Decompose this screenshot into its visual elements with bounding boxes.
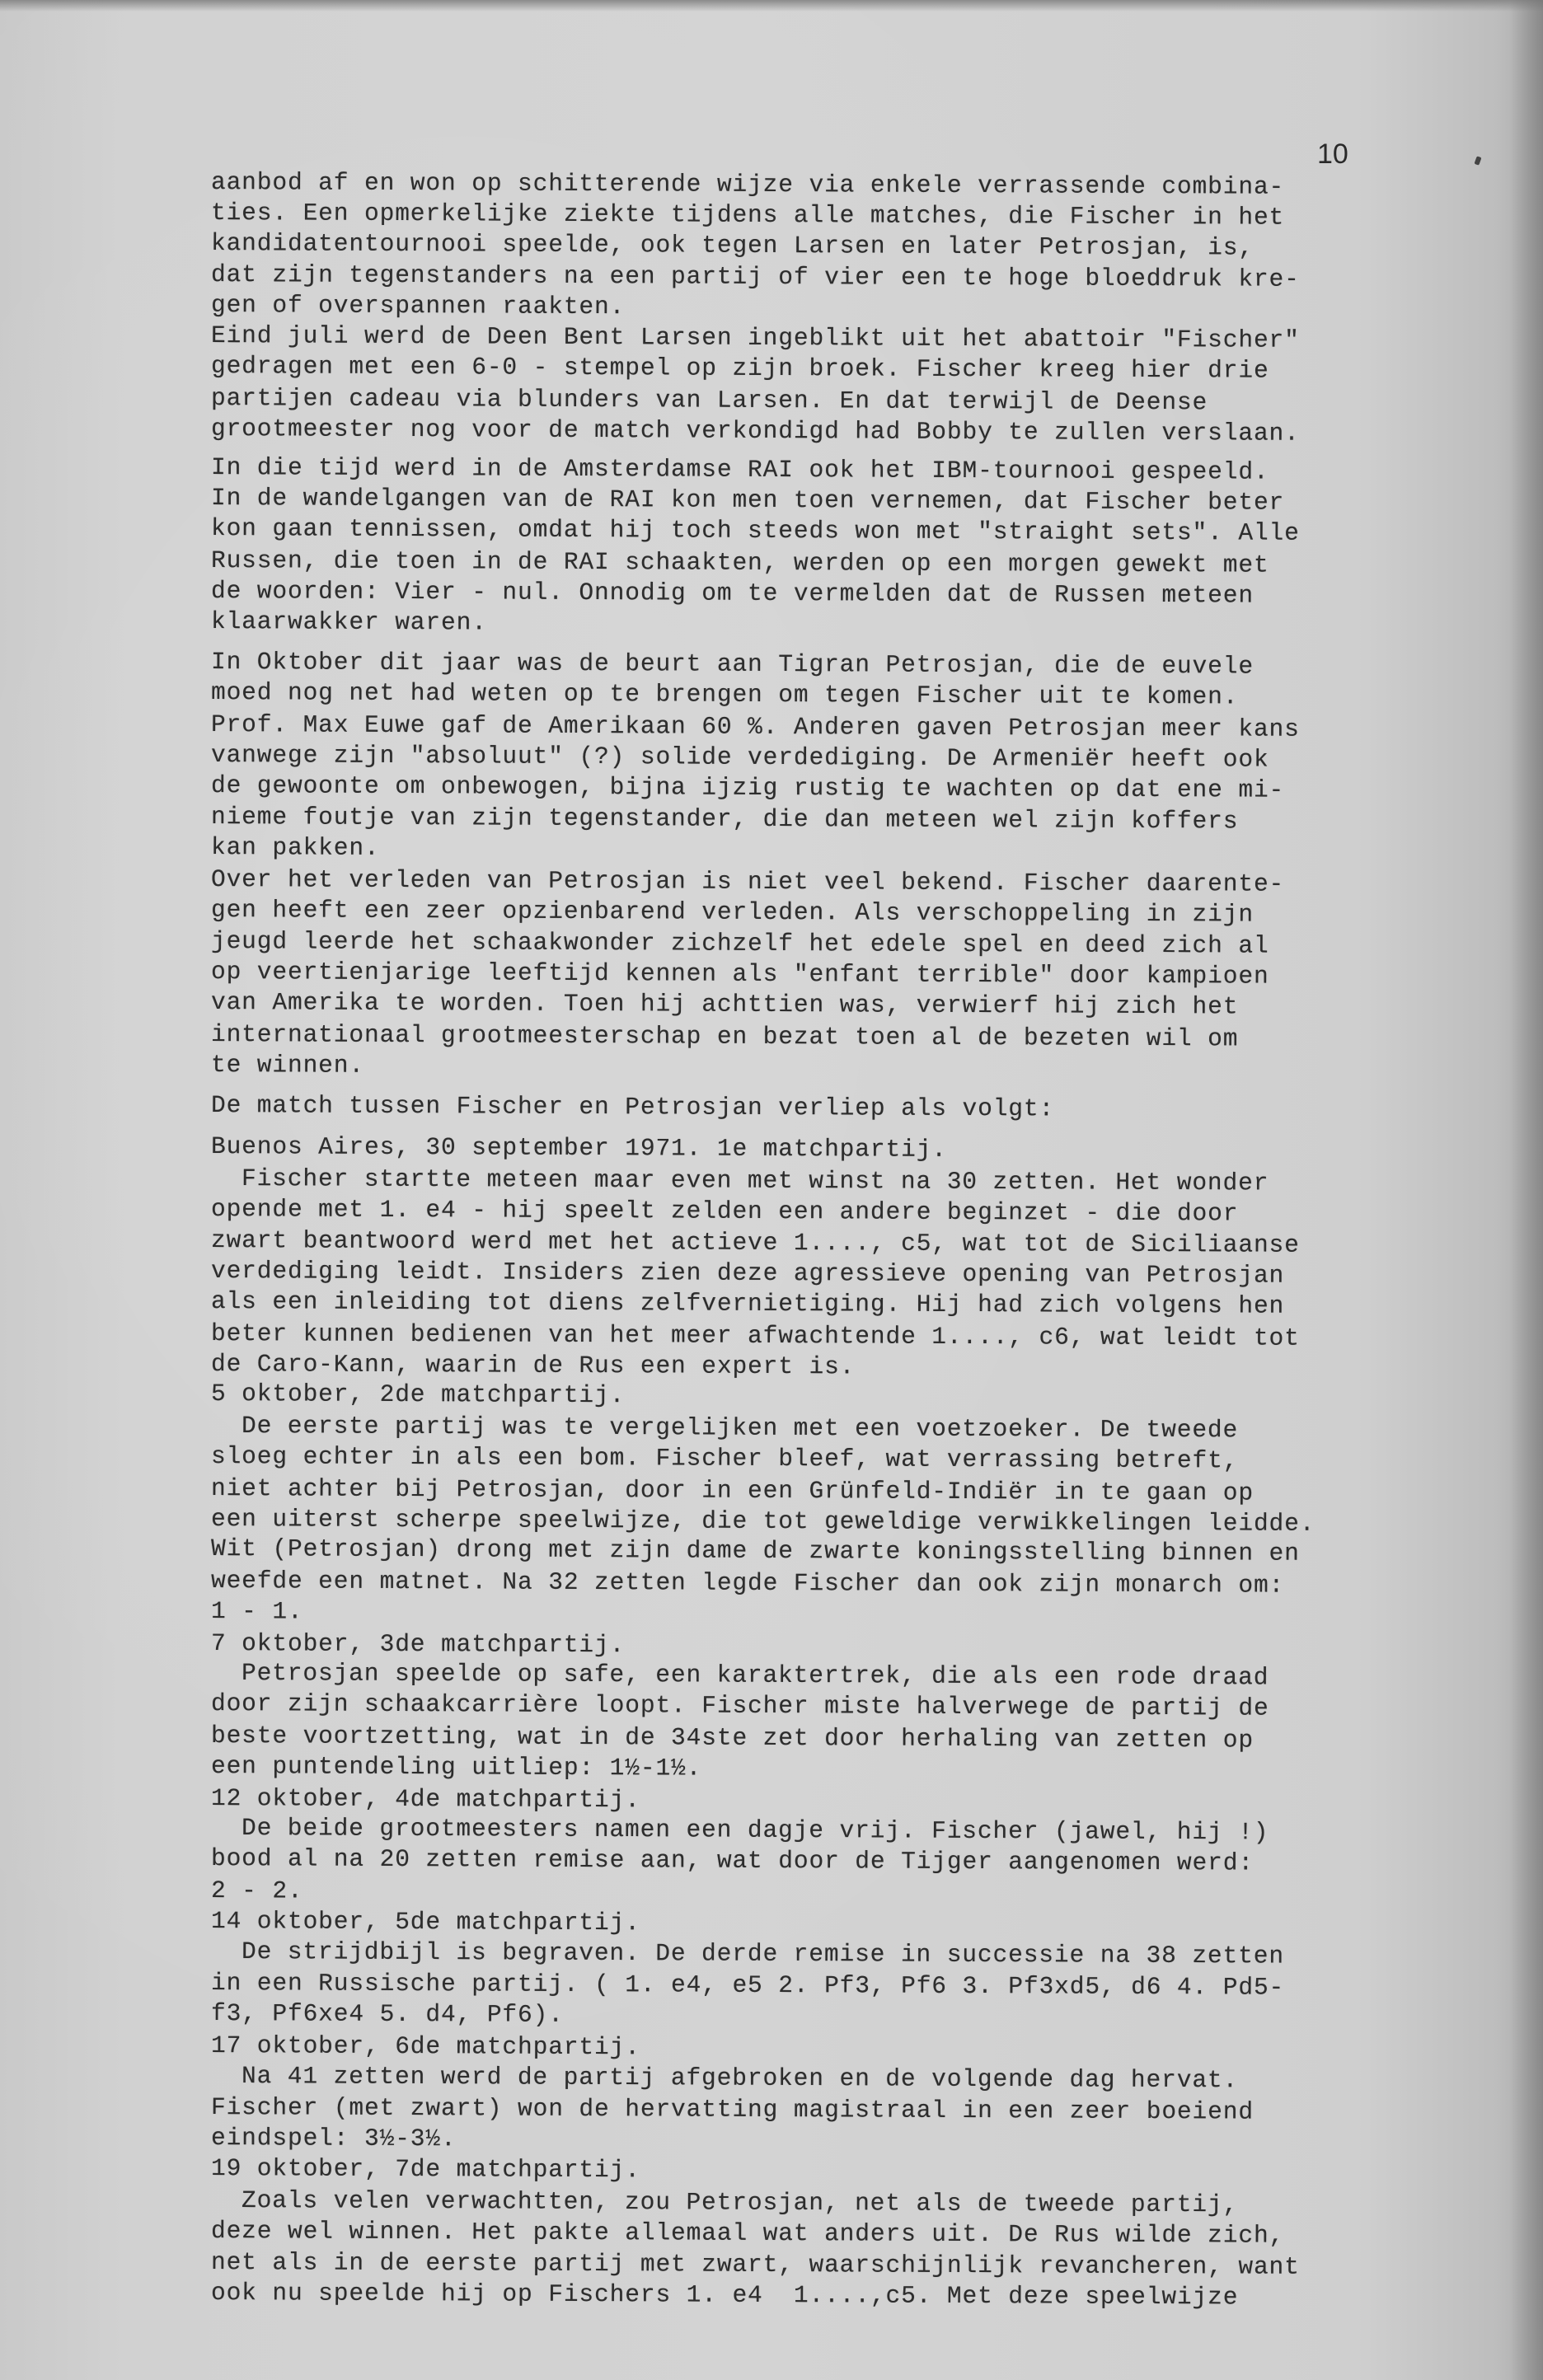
text-line: door zijn schaakcarrière loopt. Fischer … bbox=[211, 1689, 1269, 1723]
text-line: verdediging leidt. Insiders zien deze ag… bbox=[211, 1256, 1284, 1291]
text-line: Buenos Aires, 30 september 1971. 1e matc… bbox=[211, 1131, 947, 1164]
text-line: 5 oktober, 2de matchpartij. bbox=[211, 1379, 625, 1410]
text-line: 19 oktober, 7de matchpartij. bbox=[211, 2153, 640, 2185]
page-number: 10 bbox=[1317, 138, 1348, 171]
text-line: kandidatentournooi speelde, ook tegen La… bbox=[211, 228, 1254, 263]
text-line: vanwege zijn "absoluut" (?) solide verde… bbox=[211, 740, 1269, 775]
text-line: van Amerika te worden. Toen hij achttien… bbox=[211, 987, 1239, 1021]
text-line: gen of overspannen raakten. bbox=[211, 290, 625, 321]
text-line: Fischer startte meteen maar even met win… bbox=[242, 1164, 1269, 1197]
text-line: nieme foutje van zijn tegenstander, die … bbox=[211, 802, 1239, 836]
text-line: Na 41 zetten werd de partij afgebroken e… bbox=[242, 2061, 1238, 2095]
text-line: de woorden: Vier - nul. Onnodig om te ve… bbox=[211, 576, 1254, 611]
text-line: Russen, die toen in de RAI schaakten, we… bbox=[211, 546, 1269, 580]
text-line: zwart beantwoord werd met het actieve 1.… bbox=[211, 1225, 1300, 1260]
text-line: Zoals velen verwachtten, zou Petrosjan, … bbox=[242, 2186, 1238, 2219]
text-line: kon gaan tennissen, omdat hij toch steed… bbox=[211, 513, 1300, 548]
text-line: Eind juli werd de Deen Bent Larsen ingeb… bbox=[211, 321, 1300, 355]
text-line: deze wel winnen. Het pakte allemaal wat … bbox=[211, 2216, 1284, 2251]
text-line: kan pakken. bbox=[211, 832, 380, 863]
text-line: een puntendeling uitliep: 1½-1½. bbox=[211, 1751, 701, 1783]
text-line: sloeg echter in als een bom. Fischer ble… bbox=[211, 1441, 1239, 1475]
text-line: internationaal grootmeesterschap en beza… bbox=[211, 1019, 1239, 1053]
text-line: gen heeft een zeer opzienbarend verleden… bbox=[211, 895, 1254, 930]
text-line: moed nog net had weten op te brengen om … bbox=[211, 677, 1239, 711]
text-line: In die tijd werd in de Amsterdamse RAI o… bbox=[211, 452, 1269, 487]
text-line: 2 - 2. bbox=[211, 1876, 303, 1905]
text-line: grootmeester nog voor de match verkondig… bbox=[211, 414, 1300, 448]
text-line: 1 - 1. bbox=[211, 1596, 303, 1626]
text-line: weefde een matnet. Na 32 zetten legde Fi… bbox=[211, 1566, 1284, 1600]
text-line: jeugd leerde het schaakwonder zichzelf h… bbox=[211, 926, 1269, 961]
text-line: klaarwakker waren. bbox=[211, 607, 487, 637]
text-line: Fischer (met zwart) won de hervatting ma… bbox=[211, 2092, 1254, 2127]
text-line: een uiterst scherpe speelwijze, die tot … bbox=[211, 1504, 1316, 1539]
text-line: niet achter bij Petrosjan, door in een G… bbox=[211, 1473, 1254, 1508]
text-line: in een Russische partij. ( 1. e4, e5 2. … bbox=[211, 1968, 1284, 2003]
text-line: In de wandelgangen van de RAI kon men to… bbox=[211, 483, 1284, 518]
text-line: Petrosjan speelde op safe, een karaktert… bbox=[242, 1658, 1269, 1692]
text-line: bood al na 20 zetten remise aan, wat doo… bbox=[211, 1844, 1254, 1878]
text-line: ook nu speelde hij op Fischers 1. e4 1..… bbox=[211, 2278, 1239, 2312]
scanned-typewritten-page: 10 aanbod af en won op schitterende wijz… bbox=[0, 0, 1543, 2380]
text-line: ties. Een opmerkelijke ziekte tijdens al… bbox=[211, 198, 1284, 232]
text-line: te winnen. bbox=[211, 1050, 364, 1080]
text-line: net als in de eerste partij met zwart, w… bbox=[211, 2247, 1300, 2282]
text-line: partijen cadeau via blunders van Larsen.… bbox=[211, 383, 1208, 417]
text-line: Over het verleden van Petrosjan is niet … bbox=[211, 864, 1284, 899]
text-line: 14 oktober, 5de matchpartij. bbox=[211, 1906, 640, 1937]
text-line: aanbod af en won op schitterende wijze v… bbox=[211, 167, 1284, 202]
text-line: 7 oktober, 3de matchpartij. bbox=[211, 1628, 625, 1660]
text-line: De beide grootmeesters namen een dagje v… bbox=[242, 1813, 1269, 1847]
text-line: gedragen met een 6-0 - stempel op zijn b… bbox=[211, 351, 1269, 386]
text-line: Prof. Max Euwe gaf de Amerikaan 60 %. An… bbox=[211, 710, 1300, 744]
text-line: f3, Pf6xe4 5. d4, Pf6). bbox=[211, 1998, 564, 2030]
text-line: de Caro-Kann, waarin de Rus een expert i… bbox=[211, 1349, 855, 1381]
text-line: De strijdbijl is begraven. De derde remi… bbox=[242, 1937, 1284, 1971]
text-line: beste voortzetting, wat in de 34ste zet … bbox=[211, 1721, 1254, 1755]
text-line: de gewoonte om onbewogen, bijna ijzig ru… bbox=[211, 771, 1284, 805]
text-line: beter kunnen bedienen van het meer afwac… bbox=[211, 1319, 1300, 1353]
text-line: eindspel: 3½-3½. bbox=[211, 2123, 457, 2153]
text-line: De match tussen Fischer en Petrosjan ver… bbox=[211, 1090, 1054, 1123]
text-line: 17 oktober, 6de matchpartij. bbox=[211, 2031, 640, 2062]
text-line: dat zijn tegenstanders na een partij of … bbox=[211, 260, 1300, 294]
text-line: 12 oktober, 4de matchpartij. bbox=[211, 1783, 640, 1815]
text-line: op veertienjarige leeftijd kennen als "e… bbox=[211, 957, 1269, 991]
text-line: In Oktober dit jaar was de beurt aan Tig… bbox=[211, 647, 1254, 682]
text-line: De eerste partij was te vergelijken met … bbox=[242, 1411, 1238, 1445]
text-line: Wit (Petrosjan) drong met zijn dame de z… bbox=[211, 1534, 1300, 1568]
text-line: als een inleiding tot diens zelfvernieti… bbox=[211, 1286, 1284, 1321]
ink-mark bbox=[1474, 156, 1481, 165]
text-line: opende met 1. e4 - hij speelt zelden een… bbox=[211, 1194, 1239, 1228]
